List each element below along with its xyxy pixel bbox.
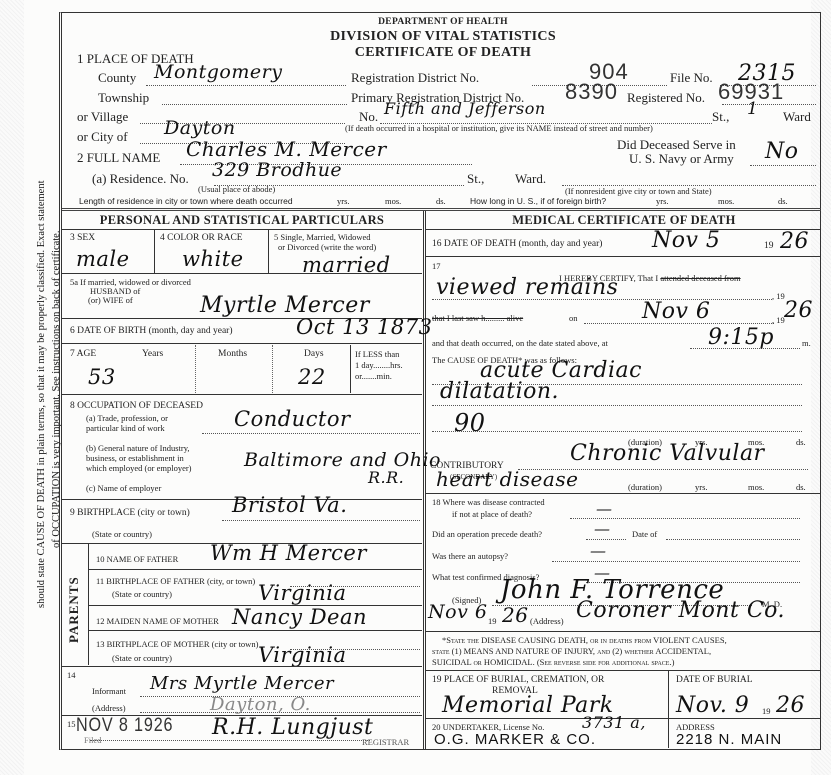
industry-label-3: which employed (or employer) [86,463,192,473]
burial-year-prefix: 19 [762,706,771,716]
death-certificate-page: should state CAUSE OF DEATH in plain ter… [0,0,831,775]
last-saw-label: that I last saw h......... alive [432,313,523,323]
foreign-ds-label: ds. [778,196,788,206]
residence-ward-label: Ward. [515,171,546,187]
certify-num: 17 [432,261,441,271]
street-st-label: St., [712,109,729,125]
filed-num: 15 [67,719,76,729]
informant-value: Mrs Myrtle Mercer [150,673,334,694]
age-years-value: 53 [88,365,116,389]
certify-text-struck: attended deceased from [660,273,740,283]
served-value: No [765,139,799,164]
ward-value: 1 [747,99,758,119]
county-label: County [98,70,136,86]
side-instructions-line-1: should state CAUSE OF DEATH in plain ter… [34,8,49,608]
undertaker-address-value: 2218 N. MAIN [676,731,782,748]
sex-value: male [76,247,130,271]
undertaker-name-value: O.G. MARKER & CO. [434,731,596,748]
county-value: Montgomery [154,61,282,83]
undertaker-license-value: 3731 a, [582,713,646,732]
residence-value: 329 Brodhue [212,159,342,181]
last-saw-on-label: on [569,313,578,323]
burial-place-label-1: 19 PLACE OF BURIAL, CREMATION, OR [432,675,604,685]
dob-label: 6 DATE OF BIRTH (month, day and year) [70,326,232,336]
file-no-label: File No. [670,70,713,86]
foreign-yrs-label: yrs. [656,196,669,206]
residence-length-note: Length of residence in city or town wher… [79,196,293,206]
mother-name-value: Nancy Dean [232,605,367,629]
age-days-value: 22 [298,365,326,389]
registration-district-label: Registration District No. [351,70,479,86]
father-birthplace-value: Virginia [258,581,346,605]
registered-no-label: Registered No. [627,90,705,106]
hospital-note: (If death occurred in a hospital or inst… [345,123,653,133]
less-than-label-3: or.......min. [355,371,392,381]
mother-birthplace-value: Virginia [258,643,346,667]
instruction-note-1: *State the DISEASE CAUSING DEATH, or in … [442,635,727,645]
spouse-label-3: (or) WIFE of [88,295,133,305]
contracted-label-2: if not at place of death? [452,509,532,519]
registrar-signature: R.H. Lungjust [212,715,373,740]
instruction-note-2: state (1) MEANS AND NATURE OF INJURY, an… [432,646,711,656]
full-name-label: 2 FULL NAME [77,150,160,166]
date-of-death-year-prefix: 19 [764,241,774,251]
less-than-label-1: If LESS than [355,349,399,359]
father-name-label: 10 NAME OF FATHER [96,554,178,564]
residence-yrs-label: yrs. [337,196,350,206]
residence-label: (a) Residence. No. [92,171,189,187]
industry-value-2: R.R. [368,468,404,487]
duration-ds: ds. [796,437,806,447]
date-of-death-label: 16 DATE OF DEATH (month, day and year) [432,239,602,249]
full-name-value: Charles M. Mercer [186,137,387,161]
informant-address-label: (Address) [92,703,126,713]
last-saw-year-prefix: , 19 [772,315,785,325]
employer-label: (c) Name of employer [86,483,161,493]
signed-year-value: 26 [502,603,528,627]
division-heading: DIVISION OF VITAL STATISTICS [282,29,604,45]
race-label: 4 COLOR OR RACE [160,233,243,243]
father-birthplace-label: 11 BIRTHPLACE OF FATHER (city, or town) [96,576,255,586]
contributory-line-1: Chronic Valvular [570,441,765,466]
foreign-birth-note: How long in U. S., if of foreign birth? [470,196,606,206]
industry-label-1: (b) General nature of Industry, [86,443,190,453]
signed-year-prefix: 19 [488,616,497,626]
residence-ds-label: ds. [436,196,446,206]
contracted-label-1: 18 Where was disease contracted [432,497,545,507]
duration-ds-2: ds. [796,482,806,492]
side-instructions: should state CAUSE OF DEATH in plain ter… [8,8,58,608]
contracted-value: — [596,499,613,518]
filed-date-stamp: NOV 8 1926 [76,715,173,737]
contributory-line-2: heart disease [436,467,578,491]
signed-address-value: Coroner Mont Co. [576,598,785,623]
death-occurred-label: and that death occurred, on the date sta… [432,338,608,348]
registrar-label: REGISTRAR [362,737,409,747]
less-than-label-2: 1 day........hrs. [355,360,403,370]
primary-district-value: 8390 [565,79,618,105]
autopsy-label: Was there an autopsy? [432,551,508,561]
signed-address-label: (Address) [530,616,564,626]
father-name-value: Wm H Mercer [210,541,367,565]
birthplace-value: Bristol Va. [232,493,347,517]
death-time-suffix: m. [802,338,811,348]
age-years-label: Years [142,349,163,359]
race-value: white [182,247,244,271]
city-label: or City of [77,129,128,145]
ward-label: Ward [783,109,811,125]
burial-date-value: Nov. 9 [676,693,749,718]
father-state-label: (State or country) [112,589,172,599]
medical-section-title: MEDICAL CERTIFICATE OF DEATH [428,213,820,228]
operation-label: Did an operation precede death? [432,529,542,539]
death-time-value: 9:15p [708,325,774,350]
sex-label: 3 SEX [70,233,95,243]
instruction-note-3: SUICIDAL or HOMICIDAL. (See reverse side… [432,657,674,667]
served-label-2: U. S. Navy or Army [629,151,734,167]
industry-value: Baltimore and Ohio [244,449,441,471]
certificate-title: CERTIFICATE OF DEATH [297,45,589,61]
duration-mos-2: mos. [748,482,764,492]
parents-side-label: PARENTS [66,576,82,643]
operation-date-label: Date of [632,529,657,539]
burial-year-value: 26 [776,693,805,718]
marital-label-1: 5 Single, Married, Widowed [274,232,371,242]
occupation-label: 8 OCCUPATION OF DECEASED [70,401,203,411]
nonresident-note: (If nonresident give city or town and St… [565,186,712,196]
mother-name-label: 12 MAIDEN NAME OF MOTHER [96,616,219,626]
autopsy-value: — [590,541,607,560]
abode-note: (Usual place of abode) [198,184,275,194]
age-days-label: Days [304,349,324,359]
birthplace-label: 9 BIRTHPLACE (city or town) [70,508,190,518]
signed-date-value: Nov 6 [428,601,487,623]
header-divider [62,208,821,211]
age-label: 7 AGE [70,349,96,359]
column-divider [423,211,426,749]
industry-label-2: business, or establishment in [86,453,184,463]
duration-yrs-2: yrs. [695,482,708,492]
operation-value: — [594,519,611,538]
residence-st-label: St., [467,171,484,187]
residence-mos-label: mos. [385,196,401,206]
last-saw-date-value: Nov 6 [642,299,710,324]
marital-label-2: or Divorced (write the word) [278,242,376,252]
cause-code-mark: 90 [454,409,486,437]
date-of-death-value: Nov 5 [652,228,720,253]
informant-address-value: Dayton, O. [210,694,311,715]
informant-label: Informant [92,686,126,696]
viewed-year-prefix: , 19 [772,291,785,301]
mother-state-label: (State or country) [112,653,172,663]
date-of-death-year: 26 [780,229,809,254]
duration-label-2: (duration) [628,482,662,492]
viewed-remains-value: viewed remains [436,275,618,300]
village-label: or Village [77,109,128,125]
township-label: Township [98,90,149,106]
department-heading: DEPARTMENT OF HEALTH [335,17,551,27]
certificate-form: DEPARTMENT OF HEALTH DIVISION OF VITAL S… [59,12,821,750]
burial-date-label: DATE OF BURIAL [676,675,753,685]
foreign-mos-label: mos. [718,196,734,206]
trade-label-1: (a) Trade, profession, or [86,413,168,423]
city-value: Dayton [164,117,236,139]
dob-value: Oct 13 1873 [296,315,432,339]
trade-value: Conductor [234,407,351,431]
birthplace-state-label: (State or country) [92,529,152,539]
street-value: Fifth and Jefferson [384,99,546,118]
age-months-label: Months [218,349,247,359]
personal-section-title: PERSONAL AND STATISTICAL PARTICULARS [62,213,422,228]
last-saw-year-value: 26 [784,298,813,323]
cause-of-death-line-2: dilatation. [440,379,559,404]
informant-num: 14 [67,670,76,680]
trade-label-2: particular kind of work [86,423,165,433]
mother-birthplace-label: 13 BIRTHPLACE OF MOTHER (city or town) [96,639,258,649]
